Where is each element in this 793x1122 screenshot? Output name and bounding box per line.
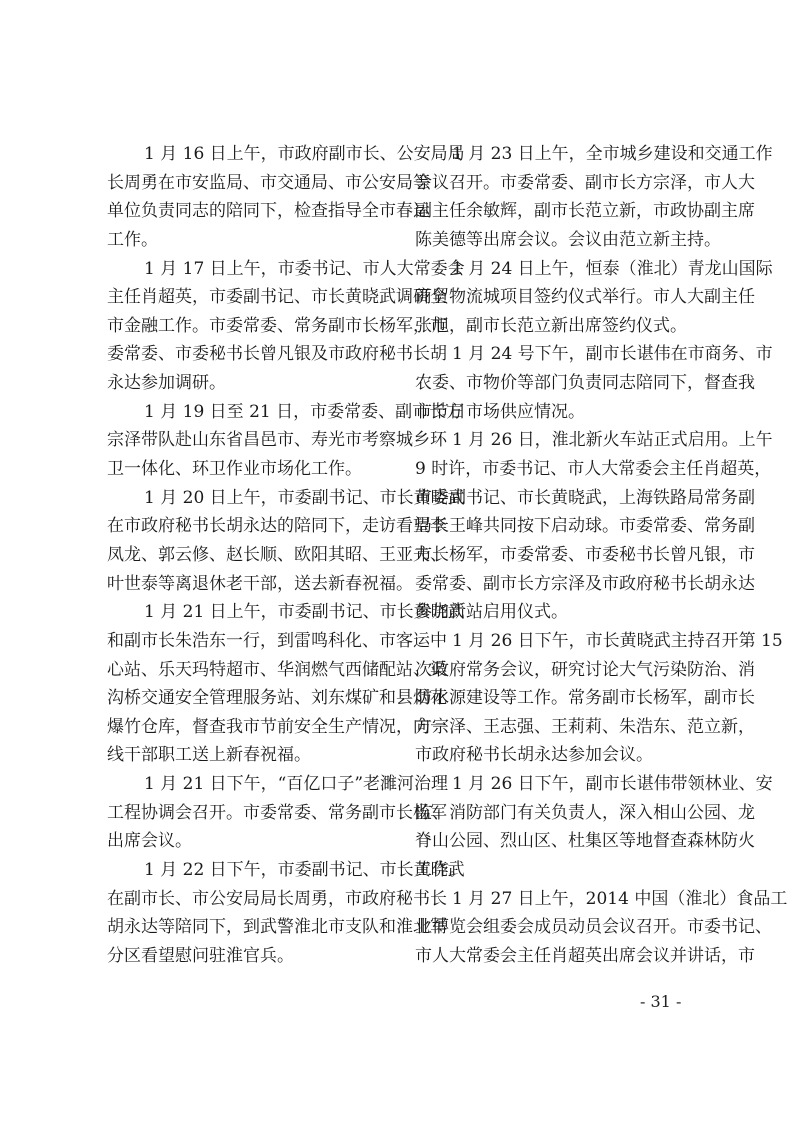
- text-line: 张旭，副市长范立新出席签约仪式。: [415, 312, 697, 341]
- paragraph: 1 月 23 日上午，全市城乡建设和交通工作会议召开。市委常委、副市长方宗泽，市…: [415, 140, 697, 255]
- text-line: 委常委、市委秘书长曾凡银及市政府秘书长胡: [107, 340, 389, 369]
- left-column: 1 月 16 日上午，市政府副市长、公安局局长周勇在市安监局、市交通局、市公安局…: [107, 140, 389, 971]
- text-line: 参加新站启用仪式。: [415, 598, 697, 627]
- document-page: 1 月 16 日上午，市政府副市长、公安局局长周勇在市安监局、市交通局、市公安局…: [0, 0, 793, 1122]
- text-line: 卫一体化、环卫作业市场化工作。: [107, 455, 389, 484]
- text-line: 农委、市物价等部门负责同志陪同下，督查我: [415, 369, 697, 398]
- paragraph: 1 月 26 日下午，副市长谌伟带领林业、安监、消防部门有关负责人，深入相山公园…: [415, 770, 697, 885]
- text-line: 市人大常委会主任肖超英出席会议并讲话，市: [415, 942, 697, 971]
- text-line: 工作。: [415, 856, 697, 885]
- text-line: 在市政府秘书长胡永达的陪同下，走访看望李: [107, 512, 389, 541]
- paragraph: 1 月 22 日下午，市委副书记、市长黄晓武在副市长、市公安局局长周勇，市政府秘…: [107, 856, 389, 971]
- text-line: 陈美德等出席会议。会议由范立新主持。: [415, 226, 697, 255]
- text-line: 单位负责同志的陪同下，检查指导全市春运: [107, 197, 389, 226]
- paragraph: 1 月 21 日上午，市委副书记、市长黄晓武和副市长朱浩东一行，到雷鸣科化、市客…: [107, 598, 389, 770]
- paragraph: 1 月 16 日上午，市政府副市长、公安局局长周勇在市安监局、市交通局、市公安局…: [107, 140, 389, 255]
- text-line: 次政府常务会议，研究讨论大气污染防治、消: [415, 656, 697, 685]
- text-line: 脊山公园、烈山区、杜集区等地督查森林防火: [415, 827, 697, 856]
- text-line: 1 月 21 日下午，“百亿口子”老濉河治理: [107, 770, 389, 799]
- text-line: 1 月 24 号下午，副市长谌伟在市商务、市: [415, 340, 697, 369]
- text-line: 工程协调会召开。市委常委、常务副市长杨军: [107, 799, 389, 828]
- text-line: 线干部职工送上新春祝福。: [107, 741, 389, 770]
- text-line: 副主任余敏辉，副市长范立新，市政协副主席: [415, 197, 697, 226]
- text-line: 心站、乐天玛特超市、华润燃气西储配站、渠: [107, 656, 389, 685]
- paragraph: 1 月 19 日至 21 日，市委常委、副市长方宗泽带队赴山东省昌邑市、寿光市考…: [107, 398, 389, 484]
- text-line: 市金融工作。市委常委、常务副市长杨军，市: [107, 312, 389, 341]
- text-line: 1 月 26 日下午，副市长谌伟带领林业、安: [415, 770, 697, 799]
- paragraph: 1 月 27 日上午，2014 中国（淮北）食品工业博览会组委会成员动员会议召开…: [415, 885, 697, 971]
- paragraph: 1 月 21 日下午，“百亿口子”老濉河治理工程协调会召开。市委常委、常务副市长…: [107, 770, 389, 856]
- text-line: 在副市长、市公安局局长周勇，市政府秘书长: [107, 885, 389, 914]
- text-line: 业博览会组委会成员动员会议召开。市委书记、: [415, 913, 697, 942]
- text-line: 主任肖超英，市委副书记、市长黄晓武调研全: [107, 283, 389, 312]
- text-line: 1 月 23 日上午，全市城乡建设和交通工作: [415, 140, 697, 169]
- text-line: 宗泽带队赴山东省昌邑市、寿光市考察城乡环: [107, 426, 389, 455]
- text-line: 市政府秘书长胡永达参加会议。: [415, 741, 697, 770]
- text-line: 方宗泽、王志强、王莉莉、朱浩东、范立新，: [415, 713, 697, 742]
- paragraph: 1 月 20 日上午，市委副书记、市长黄晓武在市政府秘书长胡永达的陪同下，走访看…: [107, 484, 389, 599]
- paragraph: 1 月 26 日下午，市长黄晓武主持召开第 15次政府常务会议，研究讨论大气污染…: [415, 627, 697, 770]
- paragraph: 1 月 17 日上午，市委书记、市人大常委会主任肖超英，市委副书记、市长黄晓武调…: [107, 255, 389, 398]
- text-line: 会议召开。市委常委、副市长方宗泽，市人大: [415, 169, 697, 198]
- text-line: 局长王峰共同按下启动球。市委常委、常务副: [415, 512, 697, 541]
- text-line: 1 月 20 日上午，市委副书记、市长黄晓武: [107, 484, 389, 513]
- text-line: 分区看望慰问驻淮官兵。: [107, 942, 389, 971]
- paragraph: 1 月 24 号下午，副市长谌伟在市商务、市农委、市物价等部门负责同志陪同下，督…: [415, 340, 697, 426]
- text-line: 1 月 19 日至 21 日，市委常委、副市长方: [107, 398, 389, 427]
- text-line: 1 月 22 日下午，市委副书记、市长黄晓武: [107, 856, 389, 885]
- text-line: 爆竹仓库，督查我市节前安全生产情况，向一: [107, 713, 389, 742]
- text-line: 委常委、副市长方宗泽及市政府秘书长胡永达: [415, 570, 697, 599]
- text-line: 胡永达等陪同下，到武警淮北市支队和淮北军: [107, 913, 389, 942]
- text-line: 1 月 21 日上午，市委副书记、市长黄晓武: [107, 598, 389, 627]
- text-line: 1 月 27 日上午，2014 中国（淮北）食品工: [415, 885, 697, 914]
- text-line: 1 月 17 日上午，市委书记、市人大常委会: [107, 255, 389, 284]
- text-line: 监、消防部门有关负责人，深入相山公园、龙: [415, 799, 697, 828]
- text-line: 工作。: [107, 226, 389, 255]
- text-line: 出席会议。: [107, 827, 389, 856]
- text-line: 市节日市场供应情况。: [415, 398, 697, 427]
- text-line: 市长杨军，市委常委、市委秘书长曾凡银，市: [415, 541, 697, 570]
- right-column: 1 月 23 日上午，全市城乡建设和交通工作会议召开。市委常委、副市长方宗泽，市…: [415, 140, 697, 971]
- page-number: - 31 -: [640, 992, 681, 1012]
- text-line: 叶世泰等离退休老干部，送去新春祝福。: [107, 570, 389, 599]
- text-line: 和副市长朱浩东一行，到雷鸣科化、市客运中: [107, 627, 389, 656]
- text-line: 防水源建设等工作。常务副市长杨军，副市长: [415, 684, 697, 713]
- text-line: 长周勇在市安监局、市交通局、市公安局等: [107, 169, 389, 198]
- text-line: 9 时许，市委书记、市人大常委会主任肖超英，: [415, 455, 697, 484]
- text-line: 1 月 16 日上午，市政府副市长、公安局局: [107, 140, 389, 169]
- text-line: 沟桥交通安全管理服务站、刘东煤矿和县烟花: [107, 684, 389, 713]
- text-line: 市委副书记、市长黄晓武，上海铁路局常务副: [415, 484, 697, 513]
- text-line: 永达参加调研。: [107, 369, 389, 398]
- paragraph: 1 月 26 日，淮北新火车站正式启用。上午9 时许，市委书记、市人大常委会主任…: [415, 426, 697, 626]
- text-line: 凤龙、郭云修、赵长顺、欧阳其昭、王亚夫、: [107, 541, 389, 570]
- text-line: 1 月 26 日，淮北新火车站正式启用。上午: [415, 426, 697, 455]
- paragraph: 1 月 24 日上午，恒泰（淮北）青龙山国际商贸物流城项目签约仪式举行。市人大副…: [415, 255, 697, 341]
- text-line: 1 月 24 日上午，恒泰（淮北）青龙山国际: [415, 255, 697, 284]
- text-line: 1 月 26 日下午，市长黄晓武主持召开第 15: [415, 627, 697, 656]
- text-line: 商贸物流城项目签约仪式举行。市人大副主任: [415, 283, 697, 312]
